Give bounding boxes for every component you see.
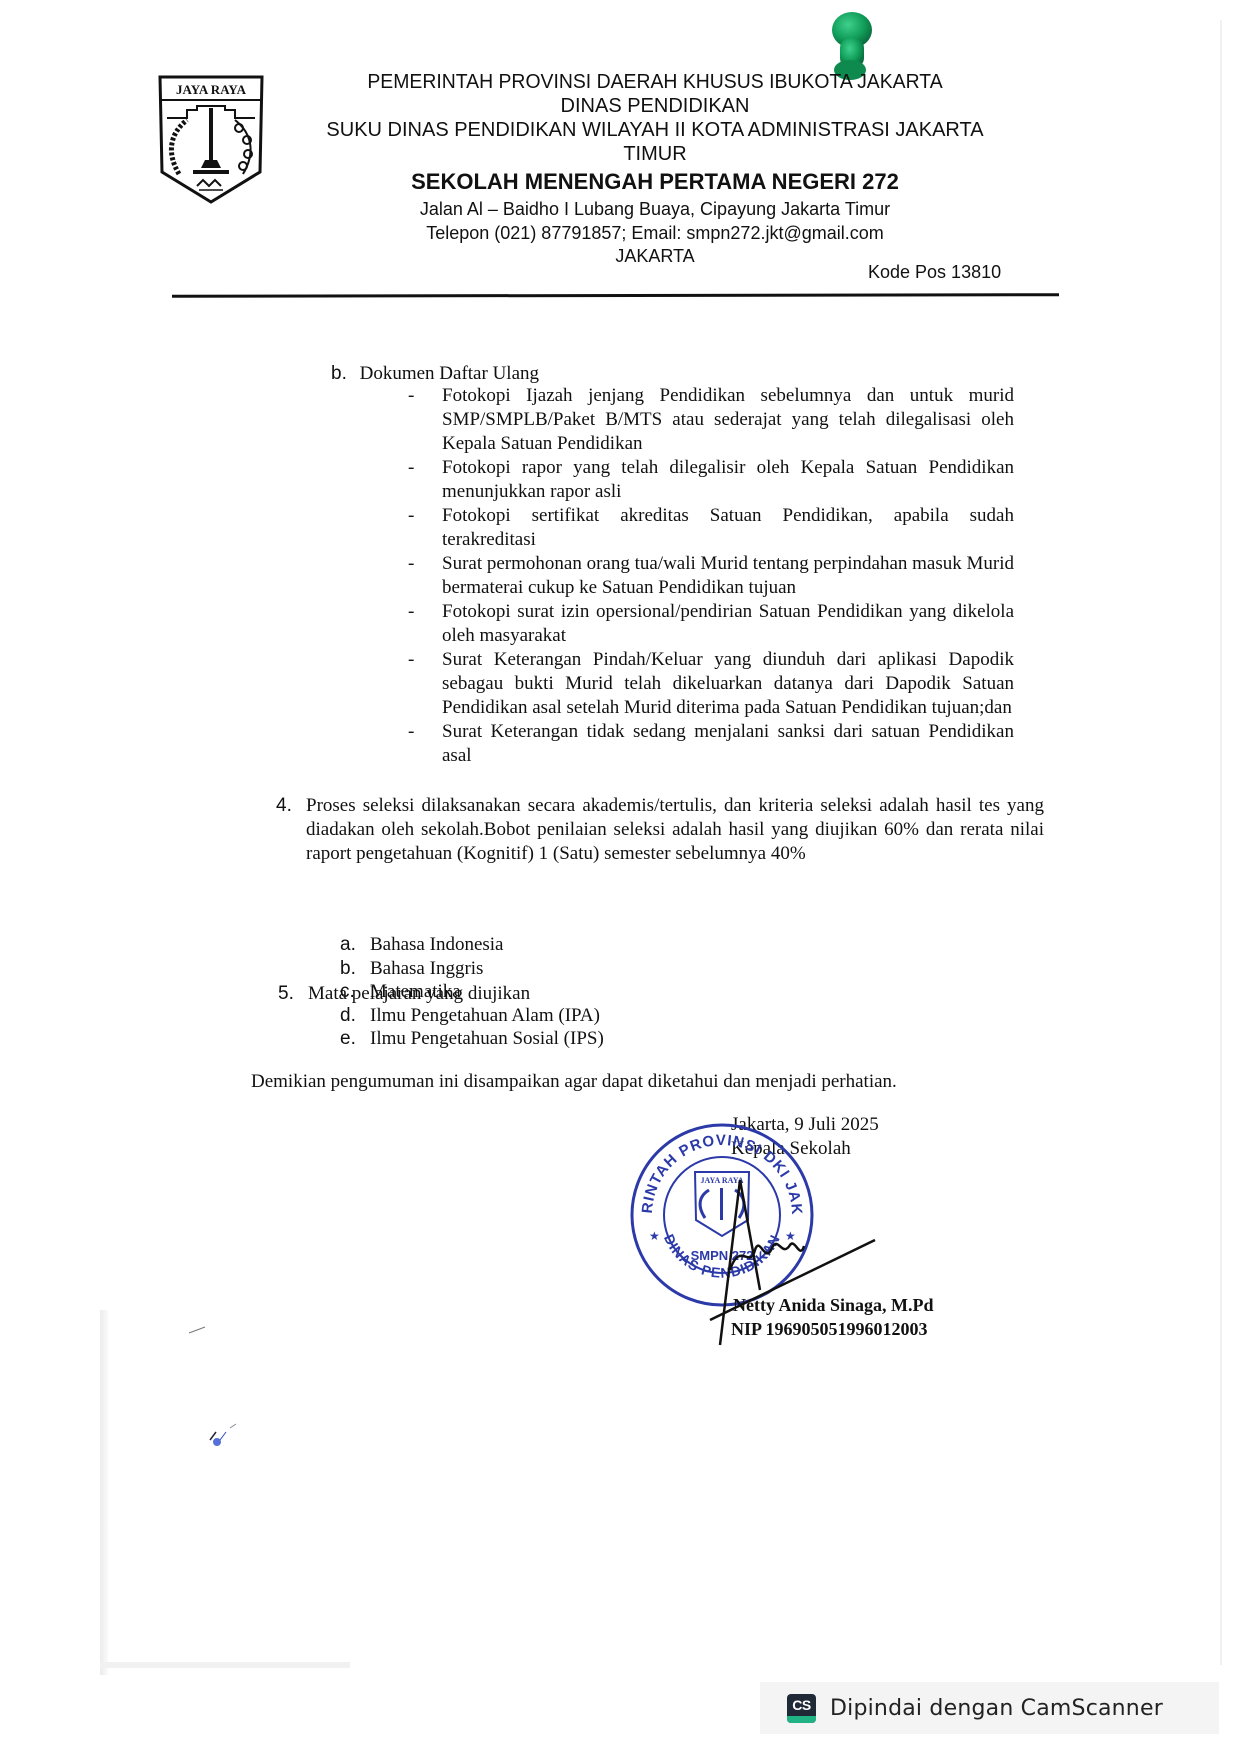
list-item: d.Ilmu Pengetahuan Alam (IPA) — [340, 1004, 840, 1028]
ink-smudge — [200, 1420, 250, 1470]
document-requirements-list: -Fotokopi Ijazah jenjang Pendidikan sebe… — [404, 384, 1014, 768]
camscanner-watermark: CS Dipindai dengan CamScanner — [760, 1682, 1219, 1734]
letterhead: PEMERINTAH PROVINSI DAERAH KHUSUS IBUKOT… — [290, 70, 1020, 267]
letterhead-sub-department: SUKU DINAS PENDIDIKAN WILAYAH II KOTA AD… — [290, 118, 1020, 142]
school-address: Jalan Al – Baidho I Lubang Buaya, Cipayu… — [290, 197, 1020, 221]
section-b-heading: b. Dokumen Daftar Ulang — [331, 362, 539, 386]
camscanner-text: Dipindai dengan CamScanner — [830, 1696, 1163, 1721]
list-item: -Surat Keterangan Pindah/Keluar yang diu… — [404, 648, 1014, 720]
list-item: b.Bahasa Inggris — [340, 957, 840, 981]
scan-mark — [188, 1326, 206, 1334]
svg-text:★: ★ — [649, 1229, 660, 1243]
document-body: b. Dokumen Daftar Ulang -Fotokopi Ijazah… — [0, 0, 1240, 96]
closing-statement: Demikian pengumuman ini disampaikan agar… — [251, 1070, 1051, 1094]
school-contact: Telepon (021) 87791857; Email: smpn272.j… — [290, 221, 1020, 245]
section-b-marker: b. — [331, 363, 347, 384]
postcode: Kode Pos 13810 — [868, 262, 1001, 283]
list-item: -Surat permohonan orang tua/wali Murid t… — [404, 552, 1014, 600]
camscanner-logo-icon: CS — [787, 1694, 816, 1723]
list-item: -Fotokopi sertifikat akreditas Satuan Pe… — [404, 504, 1014, 552]
list-item: -Surat Keterangan tidak sedang menjalani… — [404, 720, 1014, 768]
list-item: e.Ilmu Pengetahuan Sosial (IPS) — [340, 1027, 840, 1051]
list-item: -Fotokopi surat izin opersional/pendiria… — [404, 600, 1014, 648]
letterhead-department: DINAS PENDIDIKAN — [290, 94, 1020, 118]
school-name: SEKOLAH MENENGAH PERTAMA NEGERI 272 — [290, 167, 1020, 197]
page-bottom-edge — [100, 1662, 350, 1668]
list-item: c.Matematika — [340, 980, 840, 1004]
list-item: -Fotokopi Ijazah jenjang Pendidikan sebe… — [404, 384, 1014, 456]
section-b-title: Dokumen Daftar Ulang — [360, 363, 539, 384]
subjects-list: a.Bahasa Indonesia b.Bahasa Inggris c.Ma… — [340, 933, 840, 1051]
signatory-name: Netty Anida Sinaga, M.Pd — [733, 1293, 934, 1317]
list-item: a.Bahasa Indonesia — [340, 933, 840, 957]
item-4-selection-process: 4. Proses seleksi dilaksanakan secara ak… — [276, 794, 1044, 866]
list-item: -Fotokopi rapor yang telah dilegalisir o… — [404, 456, 1014, 504]
page-edge-shadow — [100, 1310, 108, 1675]
letterhead-sub-department-cont: TIMUR — [290, 142, 1020, 166]
signatory-nip: NIP 196905051996012003 — [731, 1317, 928, 1341]
